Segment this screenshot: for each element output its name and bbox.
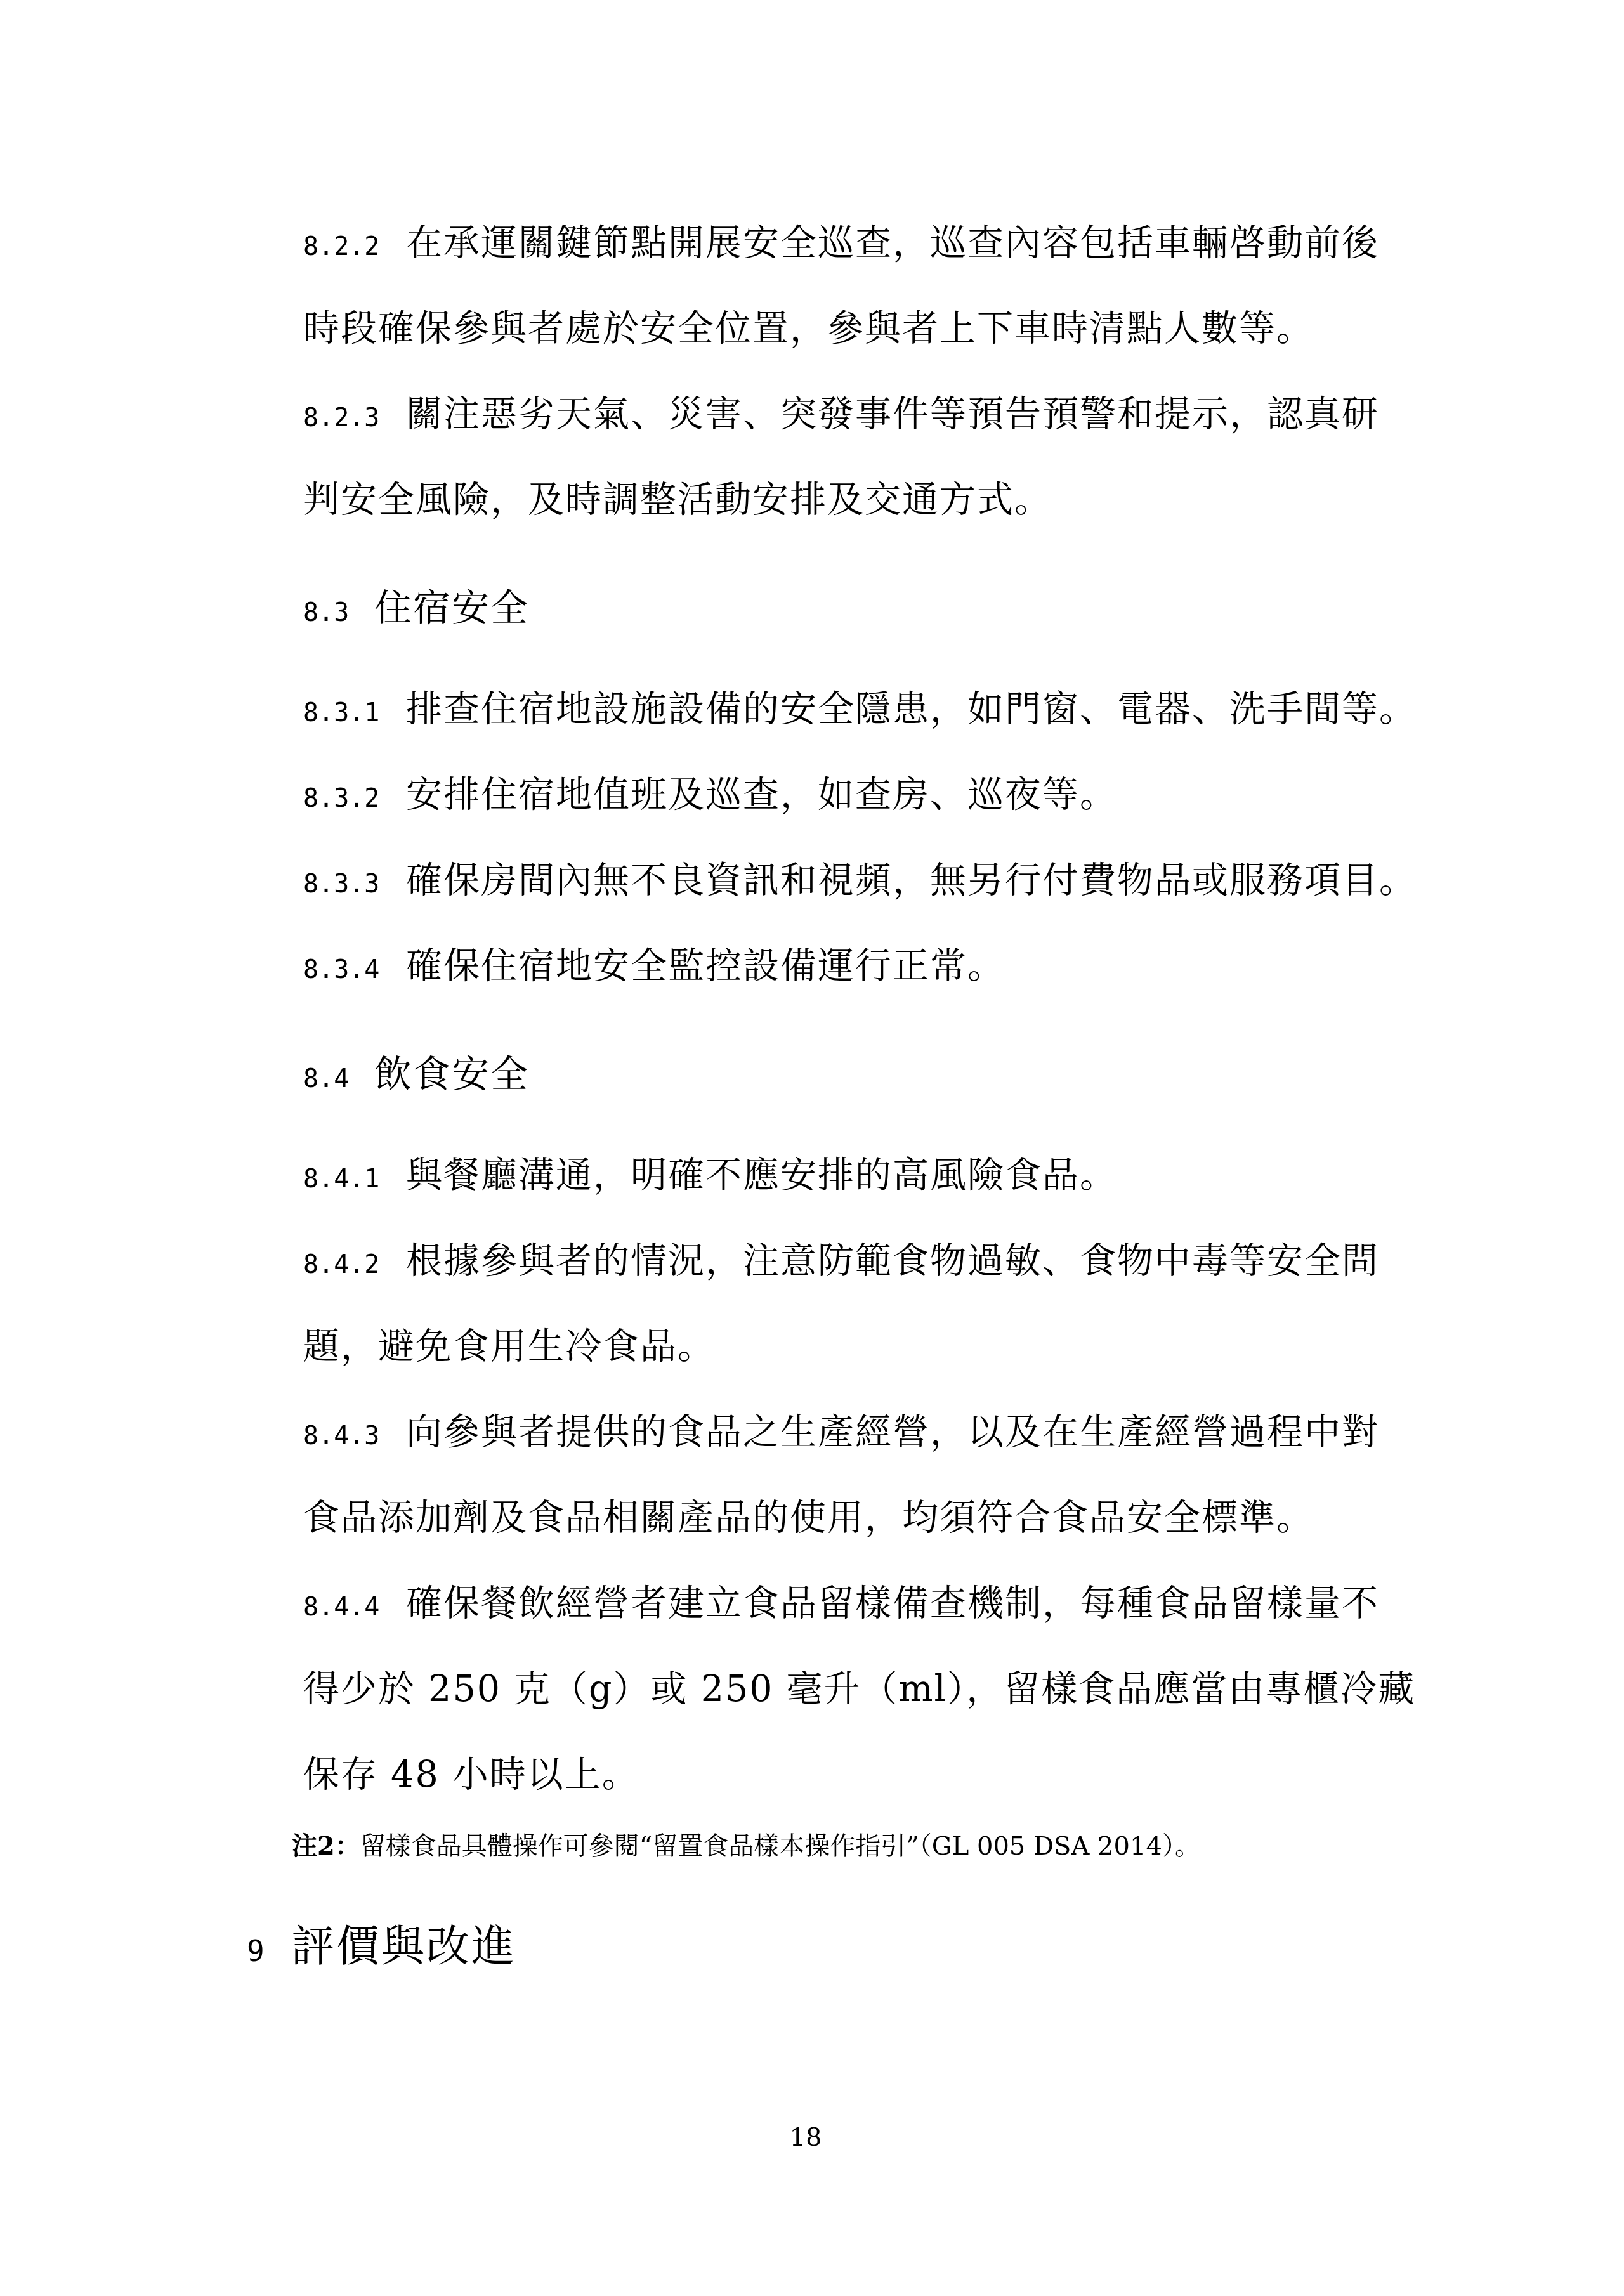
footnote-label: 注2： — [292, 1831, 360, 1861]
clause-text: 關注惡劣天氣、災害、突發事件等預告預警和提示，認真研 — [406, 393, 1379, 435]
chapter-heading-9: 9評價與改進 — [247, 1901, 1388, 1993]
clause-text: 判安全風險，及時調整活動安排及交通方式。 — [303, 479, 1052, 521]
clause-text: 確保房間內無不良資訊和視頻，無另行付費物品或服務項目。 — [406, 859, 1417, 901]
clause-number: 8.4.4 — [303, 1565, 406, 1650]
clause-number: 8.4.3 — [303, 1393, 406, 1479]
chapter-title: 評價與改進 — [291, 1922, 516, 1972]
clause-line-8.4.3: 8.4.3向參與者提供的食品之生產經營，以及在生產經營過程中對 — [303, 1390, 1388, 1475]
section-title: 住宿安全 — [374, 586, 529, 630]
clause-number: 8.3.2 — [303, 756, 406, 842]
chapter-number: 9 — [247, 1905, 291, 1997]
clause-text: 時段確保參與者處於安全位置，參與者上下車時清點人數等。 — [303, 308, 1314, 349]
section-title: 飲食安全 — [374, 1052, 529, 1096]
clause-line-8.3.2: 8.3.2安排住宿地值班及巡查，如查房、巡夜等。 — [303, 752, 1388, 838]
clause-number: 8.2.2 — [303, 204, 406, 290]
document-content: 8.2.2在承運關鍵節點開展安全巡查，巡查內容包括車輛啓動前後時段確保參與者處於… — [303, 200, 1388, 1993]
clause-text: 得少於 250 克（g）或 250 毫升（ml），留樣食品應當由專櫃冷藏 — [303, 1668, 1415, 1710]
clause-line-8.3.1: 8.3.1排查住宿地設施設備的安全隱患，如門窗、電器、洗手間等。 — [303, 667, 1388, 752]
clause-text: 在承運關鍵節點開展安全巡查，巡查內容包括車輛啓動前後 — [406, 222, 1379, 264]
page-footer: 18 — [0, 2118, 1611, 2156]
clause-line-8.2.3: 判安全風險，及時調整活動安排及交通方式。 — [303, 457, 1388, 543]
clause-line-8.4.4: 8.4.4確保餐飲經營者建立食品留樣備查機制，每種食品留樣量不 — [303, 1561, 1388, 1647]
clause-number: 8.2.3 — [303, 375, 406, 461]
clause-number: 8.3.1 — [303, 670, 406, 756]
clause-line-8.4.4: 得少於 250 克（g）或 250 毫升（ml），留樣食品應當由專櫃冷藏 — [303, 1647, 1388, 1732]
clause-number: 8.3.3 — [303, 842, 406, 927]
clause-line-8.4.2: 題，避免食用生冷食品。 — [303, 1304, 1388, 1390]
footnote-text: 留樣食品具體操作可參閱“留置食品樣本操作指引”（GL 005 DSA 2014）… — [360, 1832, 1200, 1861]
footnote: 注2：留樣食品具體操作可參閱“留置食品樣本操作指引”（GL 005 DSA 20… — [292, 1818, 1388, 1875]
clause-text: 確保餐飲經營者建立食品留樣備查機制，每種食品留樣量不 — [406, 1582, 1379, 1624]
clause-line-8.3.3: 8.3.3確保房間內無不良資訊和視頻，無另行付費物品或服務項目。 — [303, 838, 1388, 923]
clause-text: 向參與者提供的食品之生產經營，以及在生產經營過程中對 — [406, 1411, 1379, 1453]
clause-line-8.2.3: 8.2.3關注惡劣天氣、災害、突發事件等預告預警和提示，認真研 — [303, 372, 1388, 457]
section-heading-8.4: 8.4飲食安全 — [303, 1031, 1388, 1117]
clause-text: 題，避免食用生冷食品。 — [303, 1326, 715, 1367]
clause-line-8.4.1: 8.4.1與餐廳溝通，明確不應安排的高風險食品。 — [303, 1133, 1388, 1218]
clause-line-8.4.4: 保存 48 小時以上。 — [303, 1732, 1388, 1818]
section-number: 8.4 — [303, 1036, 374, 1122]
clause-line-8.4.3: 食品添加劑及食品相關產品的使用，均須符合食品安全標準。 — [303, 1475, 1388, 1561]
clause-text: 根據參與者的情況，注意防範食物過敏、食物中毒等安全問 — [406, 1240, 1379, 1282]
clause-text: 安排住宿地值班及巡查，如查房、巡夜等。 — [406, 774, 1117, 816]
clause-number: 8.4.2 — [303, 1222, 406, 1308]
clause-text: 與餐廳溝通，明確不應安排的高風險食品。 — [406, 1154, 1117, 1196]
clause-line-8.3.4: 8.3.4確保住宿地安全監控設備運行正常。 — [303, 923, 1388, 1009]
clause-text: 食品添加劑及食品相關產品的使用，均須符合食品安全標準。 — [303, 1497, 1314, 1539]
clause-line-8.2.2: 8.2.2在承運關鍵節點開展安全巡查，巡查內容包括車輛啓動前後 — [303, 200, 1388, 286]
clause-text: 確保住宿地安全監控設備運行正常。 — [406, 945, 1005, 987]
clause-line-8.2.2: 時段確保參與者處於安全位置，參與者上下車時清點人數等。 — [303, 286, 1388, 372]
section-number: 8.3 — [303, 570, 374, 656]
page-number: 18 — [790, 2123, 822, 2152]
clause-number: 8.3.4 — [303, 927, 406, 1013]
clause-text: 排查住宿地設施設備的安全隱患，如門窗、電器、洗手間等。 — [406, 688, 1417, 730]
section-heading-8.3: 8.3住宿安全 — [303, 565, 1388, 651]
document-page: 8.2.2在承運關鍵節點開展安全巡查，巡查內容包括車輛啓動前後時段確保參與者處於… — [0, 0, 1624, 2296]
clause-line-8.4.2: 8.4.2根據參與者的情況，注意防範食物過敏、食物中毒等安全問 — [303, 1218, 1388, 1304]
clause-number: 8.4.1 — [303, 1137, 406, 1222]
clause-text: 保存 48 小時以上。 — [303, 1754, 639, 1796]
